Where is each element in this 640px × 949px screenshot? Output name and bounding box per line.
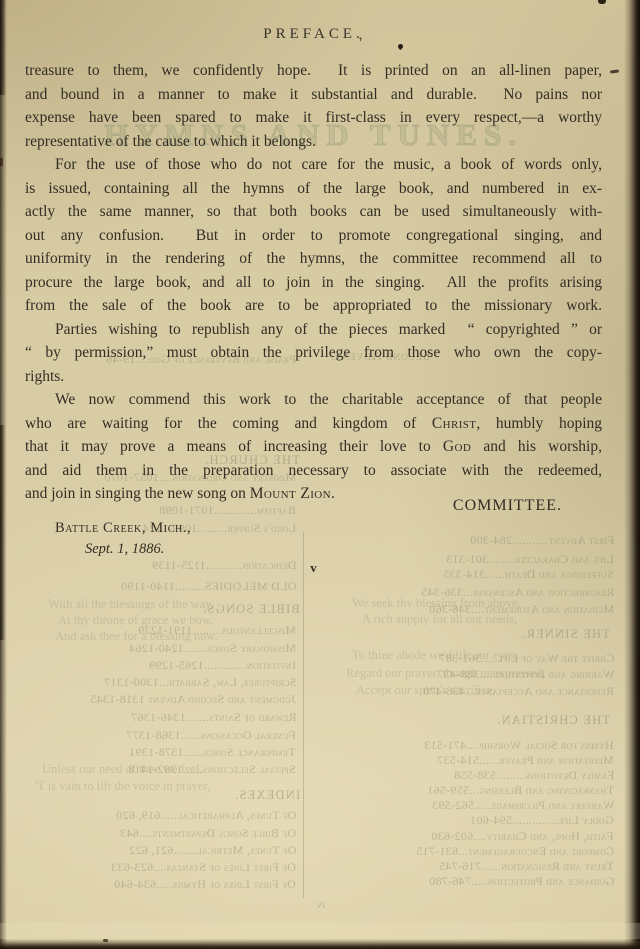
bleedthrough-line: Of First Lines of Hymns.....634-640	[114, 877, 296, 892]
bleedthrough-line: Of Bible Songs Departments....643	[120, 826, 296, 841]
bleedthrough-line: Invitation.............1265-1299	[149, 658, 296, 673]
page-number: v	[25, 560, 602, 576]
bleedthrough-line: Of First Lines of Stanzas....623-633	[111, 860, 296, 875]
bleedthrough-line: OLD MELODIES.........1140-1190	[121, 579, 296, 594]
bleedthrough-line: Of Tunes, Alphabetical.....619, 620	[116, 808, 296, 823]
page-edge-left-mid	[0, 425, 5, 640]
offset-print-line: Regard our prayer, though unexpressed,	[346, 666, 545, 681]
offset-print-line: Unless our need of thee we feel,	[42, 762, 203, 777]
bleedthrough-line: Thanksgiving and Blessing...559-561	[427, 783, 614, 798]
bleedthrough-line: Guidance and Protection.....746-780	[429, 874, 615, 889]
page-edge-left-top	[0, 0, 6, 95]
text-line: procure the large book, and all to join …	[25, 271, 602, 295]
bleedthrough-line: THE SINNER.	[521, 627, 610, 642]
text-line: rights.	[25, 365, 602, 389]
offset-print-line: And ask thee for a blessing now.	[55, 629, 218, 644]
signature-place: Battle Creek, Mich.,	[55, 520, 191, 537]
bleedthrough-line: Of Tunes, Metrical.......621, 622	[129, 843, 296, 858]
bleedthrough-line: Judgment and Second Advent 1318-1345	[90, 692, 296, 707]
offset-print-line: A rich supply for all our needs,	[362, 612, 517, 627]
bleedthrough-line: Warfare and Pilgrimage.....562-593	[432, 798, 614, 813]
offset-print-line: At thy throne of grace we bow,	[58, 613, 213, 628]
text-line: “ by permission,” must obtain the privil…	[25, 341, 602, 365]
bleedthrough-line: THE CHRISTIAN.	[496, 713, 610, 728]
bleedthrough-line: Trust and Resignation......716-745	[439, 859, 614, 874]
book-page: HYMNS AND TUNES. Second Advent.Praise an…	[0, 0, 640, 949]
committee-signature: COMMITTEE.	[25, 497, 602, 515]
bleedthrough-line: Temperance Songs......1378-1391	[129, 745, 296, 760]
offset-print-line: To thine abode we'd lift our eyes,	[352, 648, 518, 663]
paragraph: Parties wishing to republish any of the …	[25, 318, 602, 389]
text-line: For the use of those who do not care for…	[25, 153, 602, 177]
text-line: expense have been spared to make it firs…	[25, 106, 602, 130]
bleedthrough-line: Hymns for Social Worship....471-513	[424, 738, 614, 753]
preface-text: treasure to them, we confidently hope. I…	[25, 59, 602, 506]
text-line: actly the same manner, so that both book…	[25, 200, 602, 224]
signature-date: Sept. 1, 1886.	[85, 541, 164, 558]
text-line: representative of the cause to which it …	[25, 130, 602, 154]
page-title: PREFACE.	[25, 26, 602, 43]
offset-print-line: 'T is vain to lift the voice in prayer,	[35, 779, 210, 794]
offset-print-line: With all the blessings of the way,	[48, 597, 214, 612]
text-line: and bound in a manner to make it substan…	[25, 83, 602, 107]
bleedthrough-line: First Advent...........284-300	[470, 533, 614, 548]
bleedthrough-line: BIBLE SONGS.	[202, 602, 300, 617]
text-line: treasure to them, we confidently hope. I…	[25, 59, 602, 83]
text-line: We now commend this work to the charitab…	[25, 388, 602, 412]
paragraph: We now commend this work to the charitab…	[25, 388, 602, 506]
bleedthrough-page-number: iv	[316, 899, 325, 911]
offset-print-line: Accept our spirit's sacrifice.	[356, 683, 496, 698]
bleedthrough-line: Scriptures, Law, Sabbath...1300-1317	[104, 675, 296, 690]
text-line: who are waiting for the coming and kingd…	[25, 412, 602, 436]
bleedthrough-line: Comfort and Encouragement...631-715	[416, 844, 614, 859]
bleedthrough-line: Funeral Occasions......1368-1377	[126, 728, 296, 743]
page-edge-bottom	[0, 939, 640, 949]
text-line: Parties wishing to republish any of the …	[25, 318, 602, 342]
page-edge-bottom-light	[0, 923, 640, 939]
text-line: out any confusion. But in order to promo…	[25, 224, 602, 248]
text-line: uniformity in the rendering of the hymns…	[25, 247, 602, 271]
bleedthrough-column-rule	[303, 532, 304, 898]
offset-print-line: We seek thy blessing from above,	[352, 596, 520, 611]
bleedthrough-line: Godly Life..............594-601	[470, 813, 614, 828]
bleedthrough-line: Meditation and Prayer......514-537	[437, 753, 614, 768]
bleedthrough-line: INDEXES.	[234, 788, 300, 803]
paragraph: treasure to them, we confidently hope. I…	[25, 59, 602, 153]
text-line: and aid them in the preparation necessar…	[25, 459, 602, 483]
bleedthrough-line: Family Devotions.........538-558	[454, 768, 614, 783]
text-line: is issued, containing all the hymns of t…	[25, 177, 602, 201]
text-line: from the sale of the book are to be appr…	[25, 294, 602, 318]
paragraph: For the use of those who do not care for…	[25, 153, 602, 318]
page-edge-right	[624, 0, 640, 949]
bleedthrough-line: Faith, Hope, and Charity....602-630	[431, 829, 614, 844]
bleedthrough-line: Reward of Saints.......1346-1367	[131, 710, 297, 725]
scan-speck-top-right	[598, 0, 606, 4]
text-line: that it may prove a means of increasing …	[25, 435, 602, 459]
